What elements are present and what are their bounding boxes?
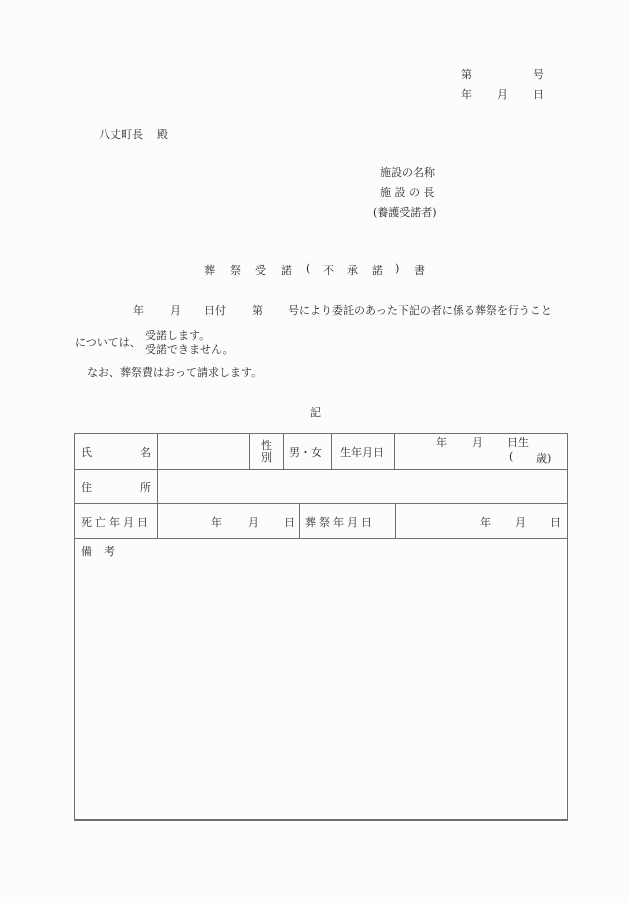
body-line1-rest: 号により委託のあった下記の者に係る葬祭を行うこと [288, 302, 552, 318]
age-close: 歳) [536, 450, 551, 466]
gender-value[interactable]: 男・女 [289, 444, 322, 460]
body-month: 月 [170, 302, 181, 318]
remarks-label-1: 備 [81, 543, 92, 559]
body-day-dated: 日付 [204, 302, 226, 318]
birthdate-label: 生年月日 [340, 444, 384, 460]
addressee-name: 八丈町長 [99, 126, 143, 142]
facility-name-label: 施設の名称 [380, 164, 435, 180]
facility-head-label: 施 設 の 長 [380, 184, 435, 200]
birth-year: 年 [436, 434, 447, 450]
body-line2-prefix: については、 [75, 334, 141, 350]
funeral-month: 月 [515, 514, 526, 530]
title-char: 葬 [204, 262, 215, 278]
date-year: 年 [461, 86, 472, 102]
funeral-year: 年 [480, 514, 491, 530]
death-date-label: 死亡年月日 [81, 514, 151, 530]
role-label: (養護受諾者) [373, 204, 437, 220]
body-line3: なお、葬祭費はおって請求します。 [87, 364, 262, 380]
title-char: ) [395, 262, 399, 275]
name-label-1: 氏 [81, 444, 92, 460]
ki-heading: 記 [310, 404, 321, 420]
address-label-2: 所 [140, 479, 151, 495]
title-char: 受 [255, 262, 266, 278]
body-year: 年 [133, 302, 144, 318]
body-number-prefix: 第 [252, 302, 263, 318]
title-char: 書 [414, 262, 425, 278]
death-day: 日 [284, 514, 295, 530]
remarks-input[interactable] [76, 560, 566, 818]
name-label-2: 名 [140, 444, 151, 460]
remarks-label-2: 考 [104, 543, 115, 559]
title-char: 祭 [230, 262, 241, 278]
title-char: 諾 [281, 262, 292, 278]
gender-label-2: 別 [261, 449, 272, 465]
funeral-date-label: 葬祭年月日 [305, 514, 375, 530]
addressee-honorific: 殿 [157, 126, 168, 142]
option-decline: 受諾できません。 [145, 341, 234, 357]
death-month: 月 [248, 514, 259, 530]
age-open: ( [509, 450, 513, 463]
number-prefix: 第 [461, 66, 472, 82]
title-char: 諾 [372, 262, 383, 278]
title-char: ( [306, 262, 310, 275]
title-char: 不 [323, 262, 334, 278]
death-year: 年 [211, 514, 222, 530]
birth-month: 月 [472, 434, 483, 450]
birth-day: 日生 [507, 434, 529, 450]
address-input[interactable] [158, 470, 567, 503]
number-suffix: 号 [533, 66, 544, 82]
date-day: 日 [533, 86, 544, 102]
address-label-1: 住 [81, 479, 92, 495]
funeral-day: 日 [550, 514, 561, 530]
name-input[interactable] [158, 434, 249, 469]
date-month: 月 [497, 86, 508, 102]
title-char: 承 [347, 262, 358, 278]
